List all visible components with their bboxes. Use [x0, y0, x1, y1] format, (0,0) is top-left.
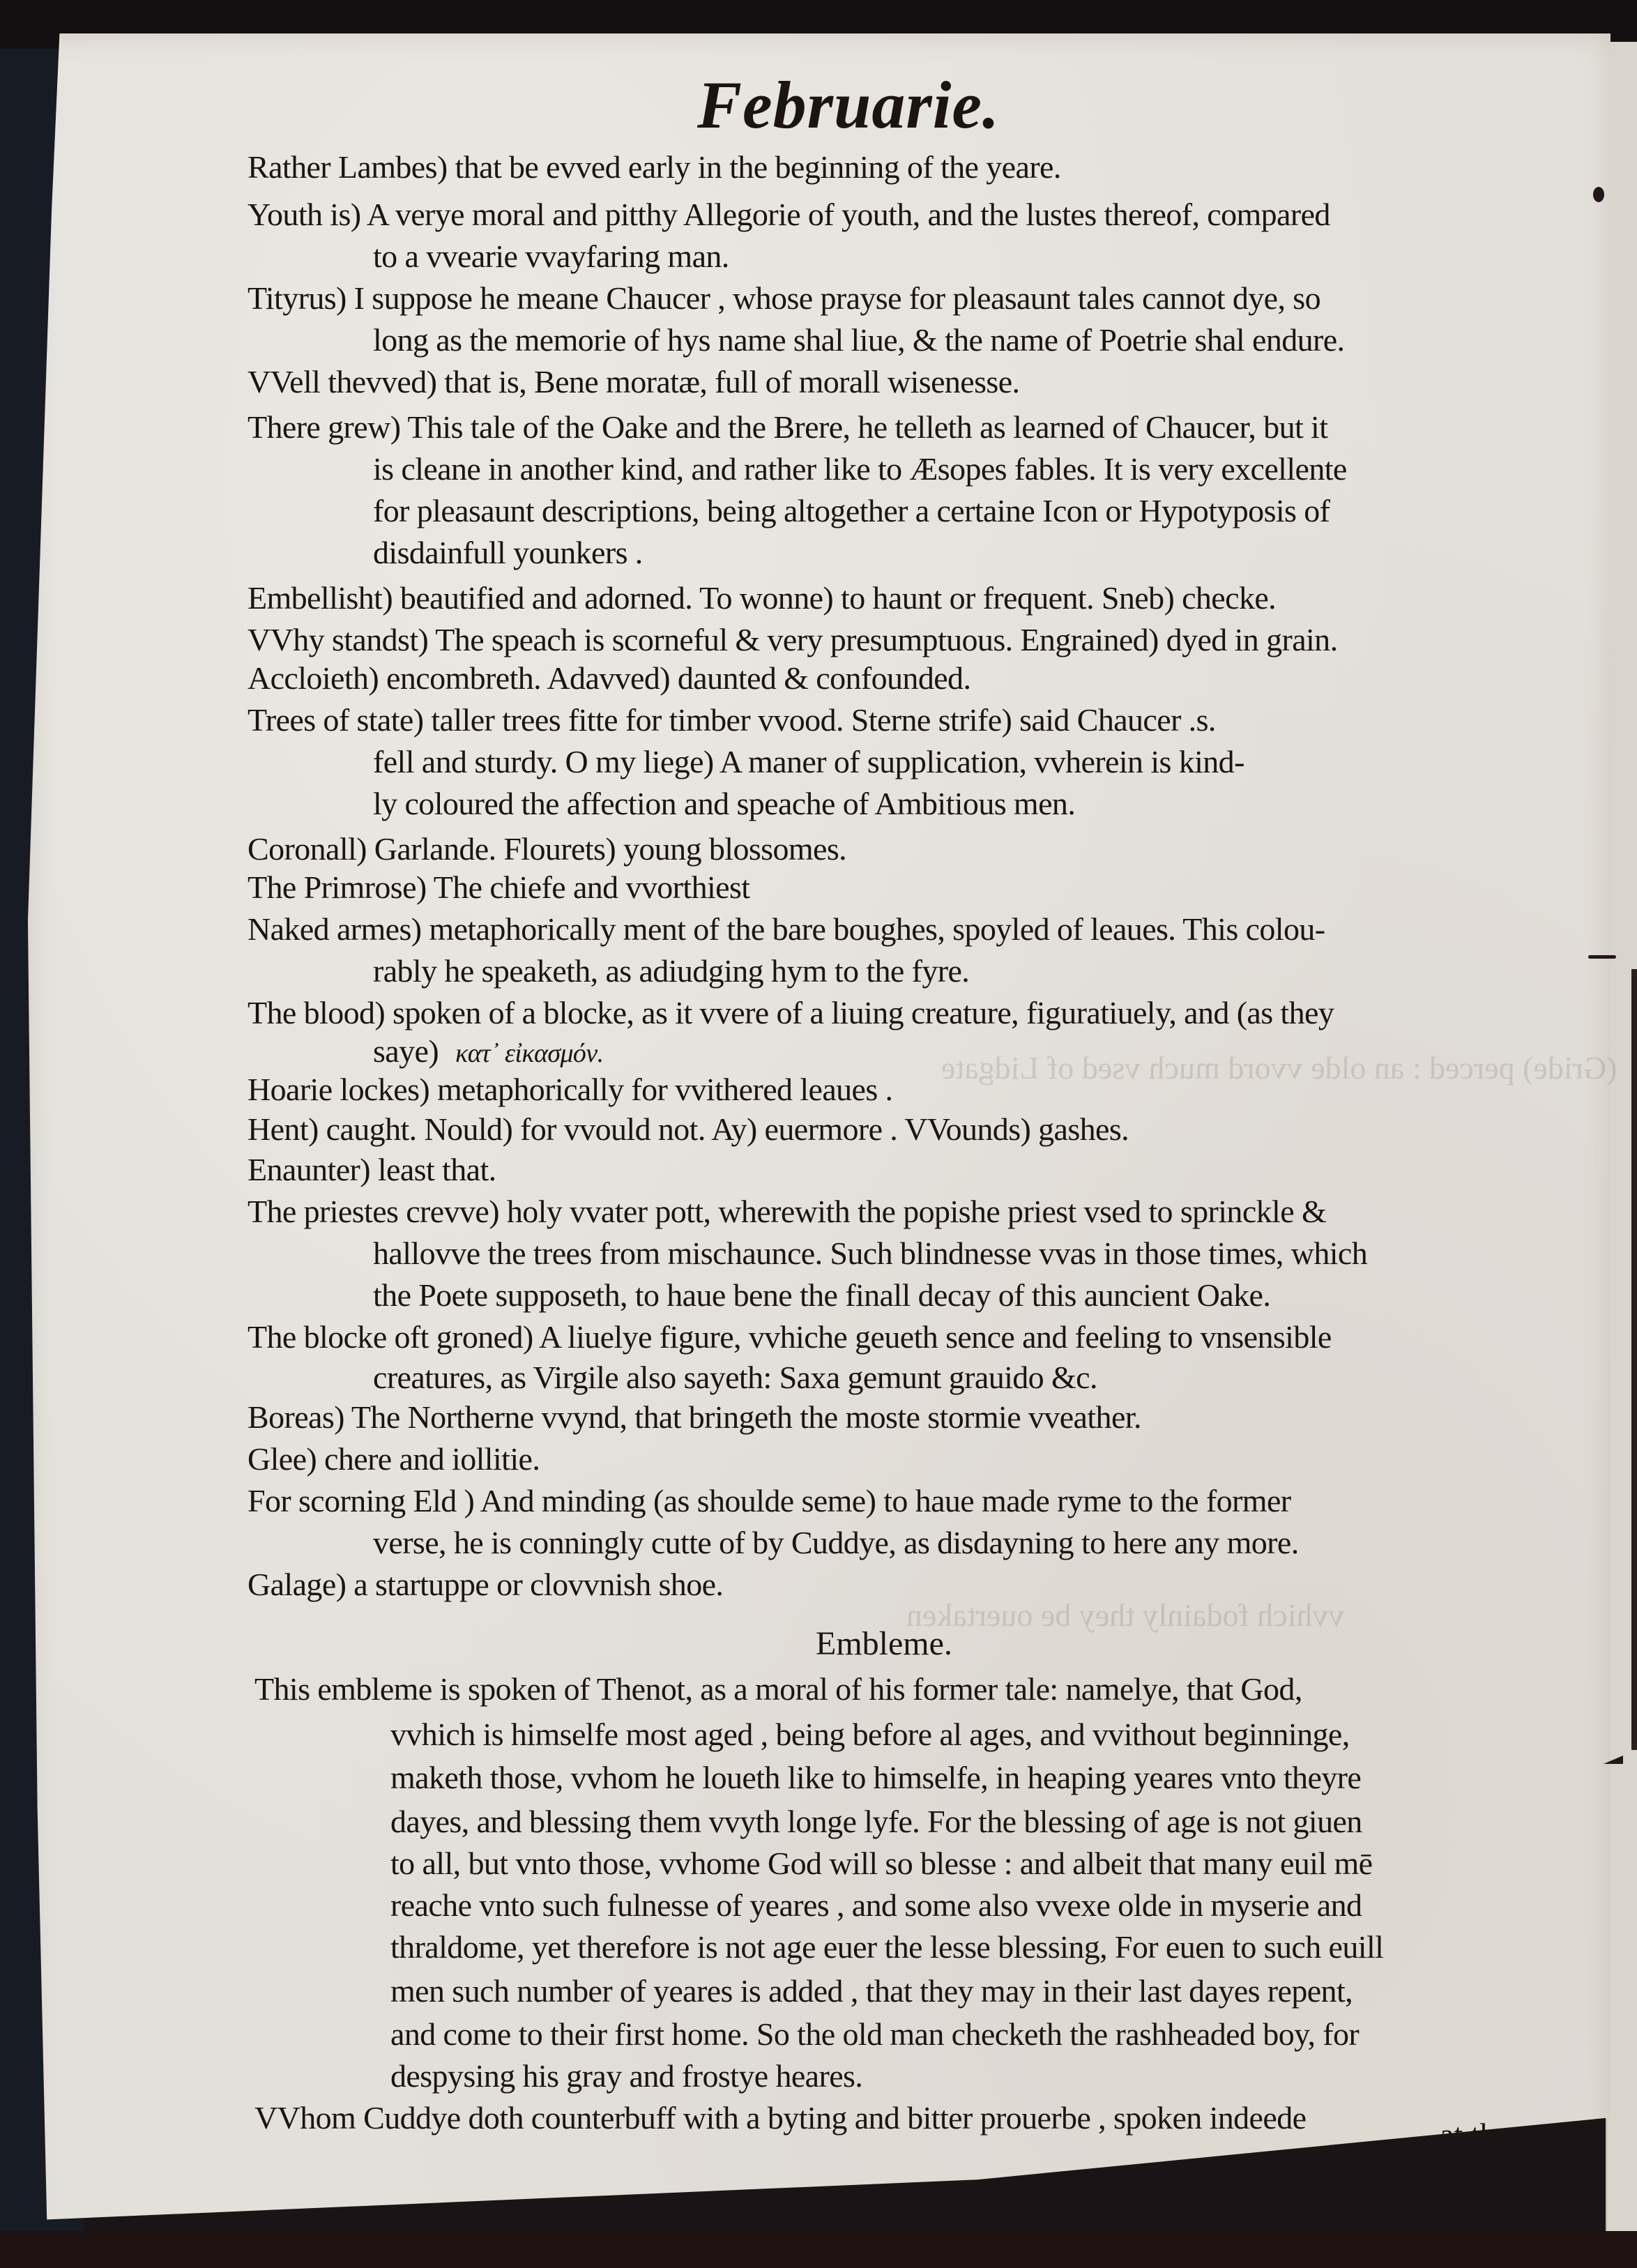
gloss-text: Glee) chere and iollitie. — [248, 1441, 540, 1477]
gloss-text: Coronall) Garlande. Flourets) young blos… — [248, 831, 846, 867]
gloss-entry: to a vvearie vvayfaring man. — [373, 237, 729, 276]
gloss-text: Rather Lambes) that be evved early in th… — [248, 149, 1061, 185]
gloss-text: to a vvearie vvayfaring man. — [373, 238, 729, 274]
gloss-text: saye) — [373, 1033, 439, 1069]
gloss-text: fell and sturdy. O my liege) A maner of … — [373, 744, 1244, 779]
gloss-entry: For scorning Eld ) And minding (as shoul… — [248, 1482, 1290, 1521]
gloss-entry: Naked armes) metaphorically ment of the … — [248, 910, 1325, 949]
gloss-entry: Youth is) A verye moral and pitthy Alleg… — [248, 195, 1330, 234]
gloss-entry: Hoarie lockes) metaphorically for vvithe… — [248, 1070, 892, 1109]
gloss-entry: The blocke oft groned) A liuelye figure,… — [248, 1318, 1332, 1357]
embleme-line: vvhich is himselfe most aged , being bef… — [390, 1715, 1350, 1754]
gloss-entry: ly coloured the affection and speache of… — [373, 784, 1075, 823]
gloss-entry: Boreas) The Northerne vvynd, that bringe… — [248, 1398, 1141, 1437]
gloss-entry: Accloieth) encombreth. Adavved) daunted … — [248, 659, 970, 698]
embleme-line: reache vnto such fulnesse of yeares , an… — [390, 1886, 1362, 1925]
page-title: Februarie. — [697, 66, 1000, 144]
gloss-entry: Glee) chere and iollitie. — [248, 1440, 540, 1479]
gloss-text: For scorning Eld ) And minding (as shoul… — [248, 1483, 1290, 1519]
bleed-through-text: vvhich fodainly they be ouertaken — [906, 1597, 1344, 1634]
gloss-text: The blood) spoken of a blocke, as it vve… — [248, 995, 1334, 1030]
gloss-entry: Embellisht) beautified and adorned. To w… — [248, 579, 1276, 618]
gloss-text: There grew) This tale of the Oake and th… — [248, 409, 1327, 445]
gloss-entry: disdainfull younkers . — [373, 533, 643, 572]
embleme-line: and come to their first home. So the old… — [390, 2015, 1359, 2054]
gloss-text: ly coloured the affection and speache of… — [373, 786, 1075, 821]
gloss-text: verse, he is conningly cutte of by Cuddy… — [373, 1525, 1299, 1560]
gloss-text: Hent) caught. Nould) for vvould not. Ay)… — [248, 1111, 1129, 1147]
gloss-text: The Primrose) The chiefe and vvorthiest — [248, 869, 749, 905]
gloss-entry: Tityrus) I suppose he meane Chaucer , wh… — [248, 279, 1320, 318]
embleme-line: maketh those, vvhom he loueth like to hi… — [390, 1758, 1361, 1797]
gloss-entry: creatures, as Virgile also sayeth: Saxa … — [373, 1358, 1097, 1397]
gloss-entry: verse, he is conningly cutte of by Cuddy… — [373, 1523, 1299, 1562]
gloss-entry: The Primrose) The chiefe and vvorthiest — [248, 868, 749, 907]
greek-quotation: κατ᾽ εἰκασμόν. — [455, 1039, 603, 1068]
gloss-entry: Coronall) Garlande. Flourets) young blos… — [248, 830, 846, 869]
embleme-line: dayes, and blessing them vvyth longe lyf… — [390, 1802, 1362, 1841]
embleme-line: to all, but vnto those, vvhome God will … — [390, 1844, 1372, 1883]
section-heading-embleme: Embleme. — [816, 1624, 952, 1663]
gloss-text: The priestes crevve) holy vvater pott, w… — [248, 1194, 1326, 1229]
page-text: (Gride) perced : an olde vvord much vsed… — [0, 0, 1637, 2268]
embleme-line: VVhom Cuddye doth counterbuff with a byt… — [254, 2099, 1306, 2138]
embleme-line: This embleme is spoken of Thenot, as a m… — [254, 1670, 1302, 1709]
embleme-line: thraldome, yet therefore is not age euer… — [390, 1928, 1383, 1967]
gloss-text: Hoarie lockes) metaphorically for vvithe… — [248, 1072, 892, 1107]
gloss-text: Enaunter) least that. — [248, 1152, 496, 1187]
embleme-line: despysing his gray and frostye heares. — [390, 2057, 862, 2096]
gloss-entry: The priestes crevve) holy vvater pott, w… — [248, 1192, 1326, 1231]
gloss-text: hallovve the trees from mischaunce. Such… — [373, 1235, 1367, 1271]
gloss-entry: Hent) caught. Nould) for vvould not. Ay)… — [248, 1110, 1129, 1149]
gloss-text: VVhy standst) The speach is scorneful & … — [248, 622, 1338, 657]
gloss-entry: Enaunter) least that. — [248, 1150, 496, 1189]
gloss-entry: long as the memorie of hys name shal liu… — [373, 321, 1344, 360]
gloss-entry: for pleasaunt descriptions, being altoge… — [373, 492, 1330, 531]
gloss-text: Boreas) The Northerne vvynd, that bringe… — [248, 1399, 1141, 1435]
gloss-text: Tityrus) I suppose he meane Chaucer , wh… — [248, 280, 1320, 316]
gloss-text: Galage) a startuppe or clovvnish shoe. — [248, 1567, 723, 1602]
gloss-text: Trees of state) taller trees fitte for t… — [248, 702, 1216, 738]
gloss-text: is cleane in another kind, and rather li… — [373, 451, 1347, 487]
bleed-through-text: (Gride) perced : an olde vvord much vsed… — [941, 1049, 1617, 1086]
gloss-text: Accloieth) encombreth. Adavved) daunted … — [248, 660, 970, 696]
gloss-entry: VVell thevved) that is, Bene moratæ, ful… — [248, 363, 1019, 402]
gloss-entry: saye)κατ᾽ εἰκασμόν. — [373, 1032, 604, 1073]
gloss-entry: rably he speaketh, as adiudging hym to t… — [373, 952, 969, 991]
gloss-entry: the Poete supposeth, to haue bene the fi… — [373, 1276, 1270, 1315]
gloss-entry: The blood) spoken of a blocke, as it vve… — [248, 994, 1334, 1033]
embleme-line: men such number of yeares is added , tha… — [390, 1972, 1353, 2011]
gloss-entry: There grew) This tale of the Oake and th… — [248, 408, 1327, 447]
gloss-text: Naked armes) metaphorically ment of the … — [248, 911, 1325, 947]
catchword: at the — [1440, 2116, 1510, 2153]
gloss-text: Youth is) A verye moral and pitthy Alleg… — [248, 197, 1330, 232]
gloss-text: rably he speaketh, as adiudging hym to t… — [373, 953, 969, 989]
gloss-entry: Rather Lambes) that be evved early in th… — [248, 148, 1061, 187]
gloss-text: VVell thevved) that is, Bene moratæ, ful… — [248, 364, 1019, 399]
gloss-entry: Trees of state) taller trees fitte for t… — [248, 701, 1216, 740]
gloss-text: Embellisht) beautified and adorned. To w… — [248, 580, 1276, 616]
gloss-entry: fell and sturdy. O my liege) A maner of … — [373, 743, 1244, 782]
gloss-text: long as the memorie of hys name shal liu… — [373, 322, 1344, 358]
gloss-text: The blocke oft groned) A liuelye figure,… — [248, 1319, 1332, 1355]
gloss-text: the Poete supposeth, to haue bene the fi… — [373, 1277, 1270, 1313]
gloss-text: disdainfull younkers . — [373, 535, 643, 570]
gloss-entry: VVhy standst) The speach is scorneful & … — [248, 621, 1338, 660]
gloss-text: creatures, as Virgile also sayeth: Saxa … — [373, 1360, 1097, 1395]
gloss-text: for pleasaunt descriptions, being altoge… — [373, 493, 1330, 528]
gloss-entry: Galage) a startuppe or clovvnish shoe. — [248, 1565, 723, 1604]
gloss-entry: is cleane in another kind, and rather li… — [373, 450, 1347, 489]
gloss-entry: hallovve the trees from mischaunce. Such… — [373, 1234, 1367, 1273]
